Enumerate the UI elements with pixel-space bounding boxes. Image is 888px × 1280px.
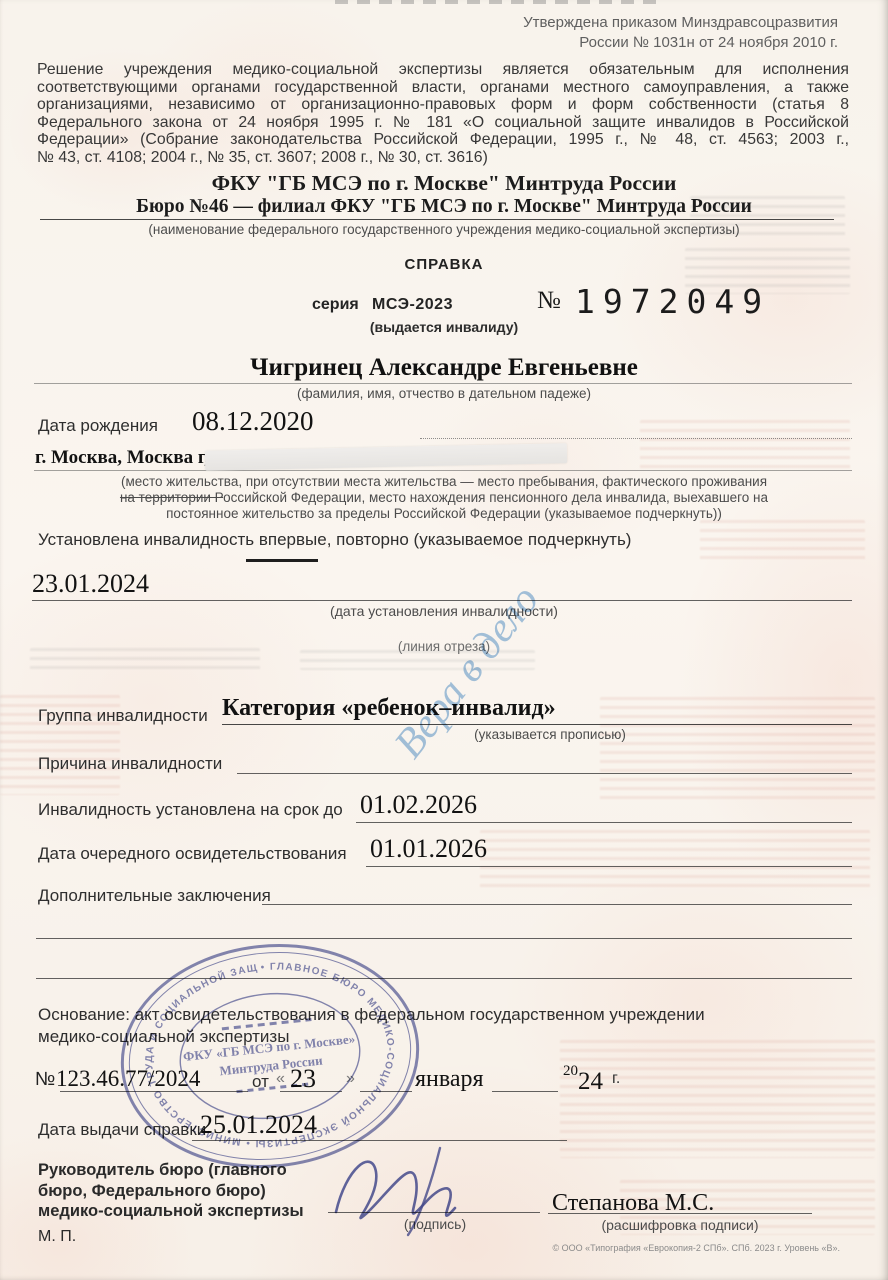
bleed-through-text — [700, 520, 865, 560]
fio-caption: (фамилия, имя, отчество в дательном паде… — [0, 386, 888, 401]
address-caption-rest: оссийской Федерации, место нахождения пе… — [223, 490, 768, 505]
additional-line-1 — [262, 904, 852, 905]
doc-title: СПРАВКА — [0, 256, 888, 273]
mp-seal-mark: М. П. — [38, 1228, 76, 1246]
intro-paragraph: Решение учреждения медико-социальной экс… — [37, 61, 849, 167]
intro-line: Решение учреждения медико-социальной экс… — [37, 61, 849, 79]
address-line — [34, 470, 852, 471]
next-exam-value: 01.01.2026 — [370, 834, 487, 864]
address-caption-line1: (место жительства, при отсутствии места … — [0, 474, 888, 490]
fio-value: Чигринец Александре Евгеньевне — [0, 354, 888, 382]
number-sign: № — [537, 287, 561, 315]
established-date-value: 23.01.2024 — [32, 569, 149, 599]
address-caption-line3: постоянное жительство за пределы Российс… — [0, 506, 888, 522]
birth-date-value: 08.12.2020 — [192, 406, 314, 437]
approval-note: Утверждена приказом Минздравсоцразвития … — [418, 13, 838, 53]
address-caption-line2: на территории Российской Федерации, мест… — [0, 490, 888, 506]
address-caption-struck: на территории Р — [120, 490, 223, 505]
handwritten-signature — [318, 1142, 528, 1237]
org-name-line1: ФКУ "ГБ МСЭ по г. Москве" Минтруда Росси… — [0, 171, 888, 196]
address-caption: (место жительства, при отсутствии места … — [0, 474, 888, 523]
cause-line — [237, 773, 852, 774]
act-century: 20 — [563, 1063, 578, 1080]
approval-note-line1: Утверждена приказом Минздравсоцразвития — [418, 13, 838, 33]
series-value: МСЭ-2023 — [372, 296, 453, 314]
established-date-line — [32, 600, 852, 601]
signer-caption: (расшифровка подписи) — [560, 1217, 800, 1233]
intro-line: организациями, независимо от организацио… — [37, 96, 849, 114]
next-exam-label: Дата очередного освидетельствования — [38, 844, 347, 864]
approval-note-line2: России № 1031н от 24 ноября 2010 г. — [418, 33, 838, 53]
bleed-through-text — [480, 830, 870, 888]
intro-line: Федерации» (Собрание законодательства Ро… — [37, 131, 849, 149]
number-value: 1972049 — [575, 282, 770, 321]
org-name-line2: Бюро №46 — филиал ФКУ "ГБ МСЭ по г. Моск… — [0, 196, 888, 218]
group-label: Группа инвалидности — [38, 706, 208, 726]
established-date-caption: (дата установления инвалидности) — [0, 603, 888, 619]
fio-line — [34, 383, 852, 384]
address-redaction-box — [205, 443, 567, 471]
head-label-line3: медико-социальной экспертизы — [38, 1201, 304, 1222]
cut-line-caption: (линия отреза) — [0, 639, 888, 654]
stamp-divider-bottom — [237, 1084, 311, 1092]
additional-line-2 — [36, 938, 852, 939]
stamp-divider-top — [222, 1019, 312, 1028]
act-number-sign: № — [35, 1069, 55, 1091]
cut-off-top-text — [335, 0, 665, 4]
address-value: г. Москва, Москва г, — [35, 447, 209, 469]
series-label: серия — [312, 296, 359, 314]
group-caption: (указывается прописью) — [440, 727, 660, 742]
group-line — [222, 724, 852, 725]
head-label-line2: бюро, Федерального бюро) — [38, 1181, 304, 1202]
issued-caption: (выдается инвалиду) — [0, 319, 888, 335]
bleed-through-text — [600, 697, 875, 805]
org-underline — [40, 219, 834, 220]
act-month-line-right — [492, 1091, 558, 1092]
printer-note: © ООО «Типография «Еврокопия-2 СПб». СПб… — [440, 1243, 840, 1253]
term-label: Инвалидность установлена на срок до — [38, 800, 343, 820]
act-year-value: 24 — [578, 1068, 603, 1096]
org-caption: (наименование федерального государственн… — [0, 222, 888, 237]
signer-name: Степанова М.С. — [552, 1190, 714, 1217]
term-line — [356, 822, 852, 823]
first-time-underline-mark — [246, 559, 318, 562]
certificate-page: Утверждена приказом Минздравсоцразвития … — [0, 0, 888, 1280]
intro-line: соответствующими органами государственно… — [37, 79, 849, 97]
charity-watermark: Вера в дело — [359, 543, 575, 801]
intro-line: Федерального закона от 24 ноября 1995 г.… — [37, 114, 849, 132]
cause-label: Причина инвалидности — [38, 754, 222, 774]
term-value: 01.02.2026 — [360, 790, 477, 820]
intro-line: № 43, ст. 4108; 2004 г., № 35, ст. 3607;… — [37, 149, 849, 167]
act-year-suffix: г. — [612, 1070, 620, 1088]
additional-label: Дополнительные заключения — [38, 886, 271, 906]
group-value: Категория «ребенок–инвалид» — [222, 695, 556, 722]
birth-date-line — [420, 438, 852, 439]
birth-date-label: Дата рождения — [38, 416, 158, 436]
bleed-through-text — [640, 420, 850, 470]
bleed-through-text — [560, 1040, 875, 1158]
next-exam-line — [366, 866, 852, 867]
